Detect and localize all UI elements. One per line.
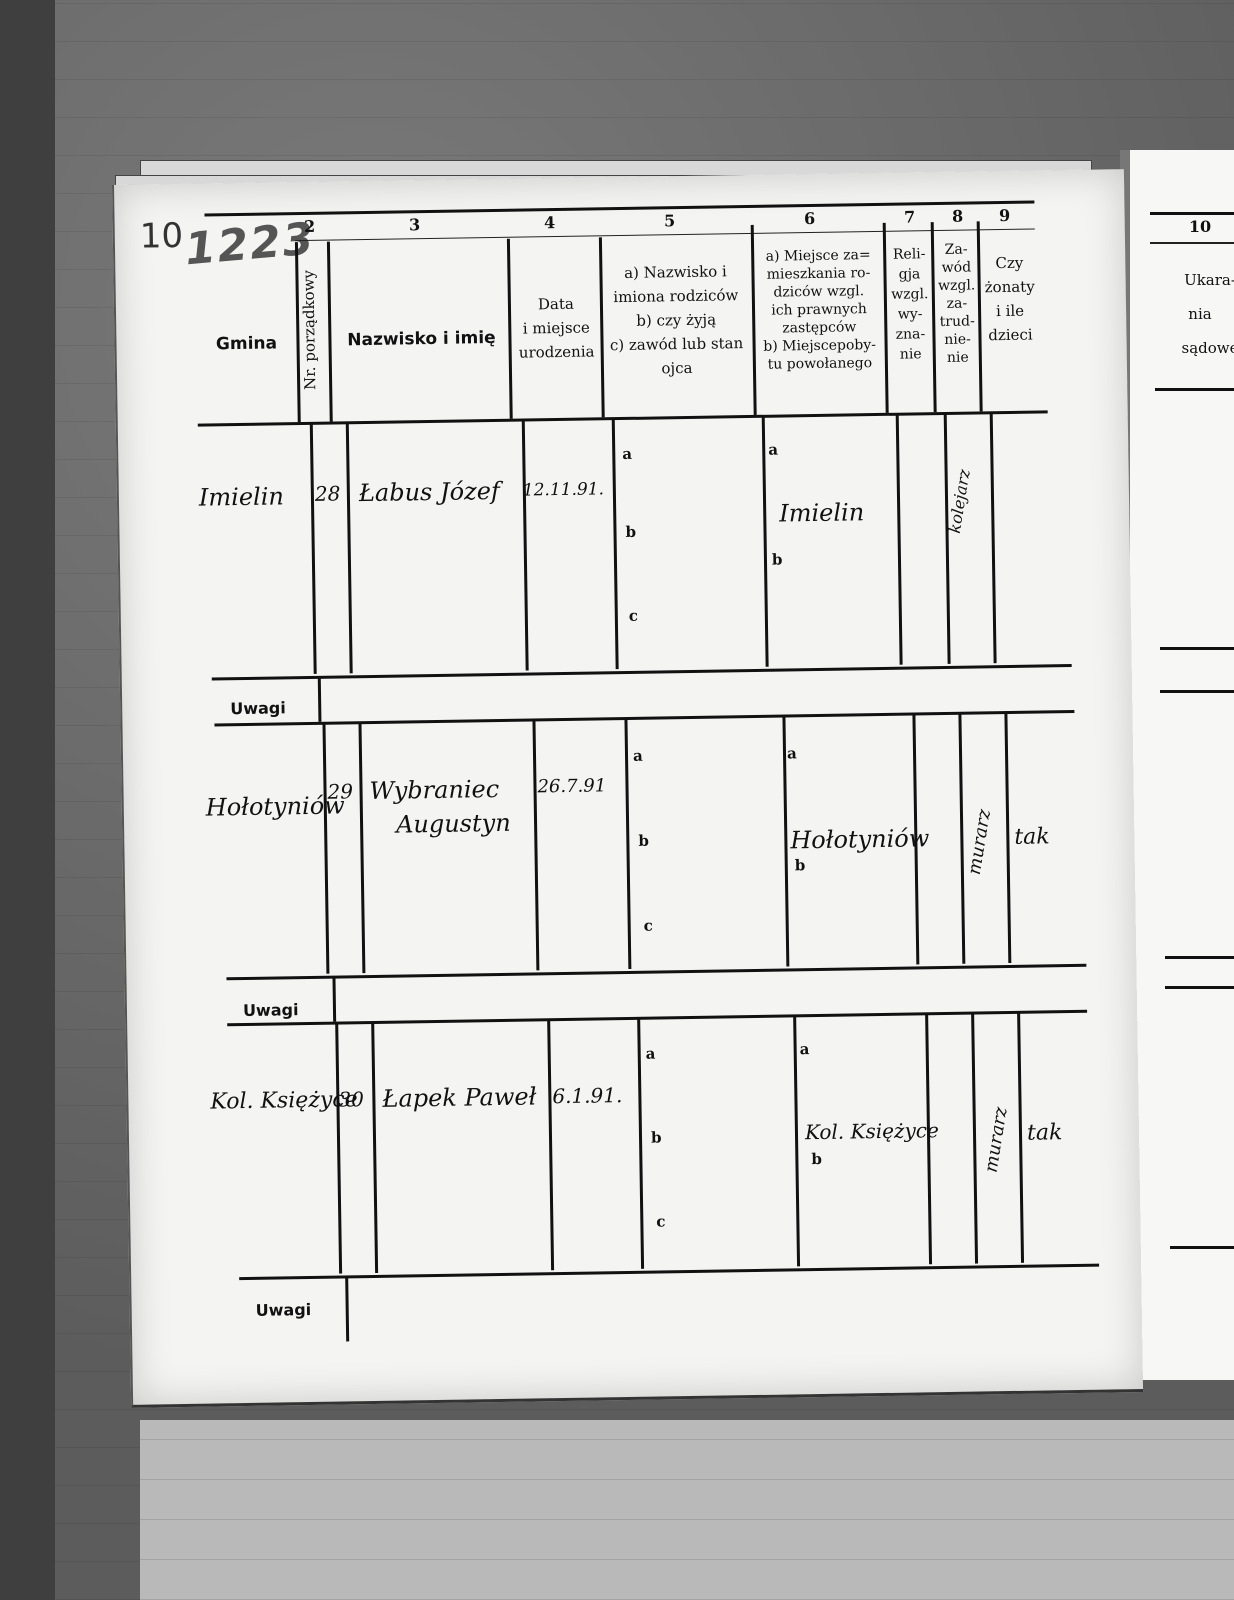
entry-birth-date: 26.7.91 [537, 775, 606, 797]
col-divider [896, 415, 903, 665]
col-divider [327, 242, 333, 422]
entry-gmina: Hołotyniów [206, 791, 345, 821]
sub-label-b: b [772, 551, 783, 569]
entry-birth-date: 6.1.91. [552, 1083, 622, 1108]
entry-residence: Imielin [779, 498, 864, 527]
entry-rule [239, 1264, 1099, 1281]
header-col7-line6: nie [887, 346, 935, 363]
header-col5-line1: a) Nazwisko i [600, 263, 750, 283]
column-number-10: 10 [1170, 218, 1230, 236]
sub-label-b: b [638, 832, 649, 850]
rule [1150, 242, 1234, 244]
col-divider [335, 1024, 342, 1274]
header-col5-line2: imiona rodziców [601, 287, 751, 307]
header-col7-line1: Reli- [885, 246, 933, 263]
entry-nr: 28 [315, 481, 341, 505]
header-col8-line5: trud- [934, 313, 980, 330]
header-col6-line7: tu powołanego [755, 355, 885, 373]
rule [1165, 956, 1234, 959]
sub-label-b: b [651, 1128, 662, 1146]
col-divider [637, 1019, 644, 1269]
col-divider [624, 719, 631, 969]
col-divider [345, 1277, 349, 1341]
pencil-page-number: 10 [139, 216, 183, 257]
entry-residence: Kol. Księżyce [805, 1118, 939, 1144]
entry-gmina: Kol. Księżyce [210, 1087, 358, 1114]
col-divider [990, 413, 997, 663]
col-divider [332, 978, 336, 1022]
col-divider [318, 678, 322, 722]
remarks-label: Uwagi [243, 1000, 299, 1020]
col-divider [522, 421, 529, 671]
col10-line2: nia [1160, 306, 1234, 323]
col-divider [1004, 713, 1011, 963]
column-number-3: 3 [400, 216, 430, 235]
register-page: 10 1223 2 3 4 5 6 7 8 9 Gmina Nr. porząd… [112, 169, 1143, 1408]
rule [1155, 388, 1234, 391]
sub-label-a: a [768, 441, 778, 459]
header-rule [198, 410, 1048, 426]
header-col8-line7: nie [935, 349, 981, 366]
header-col4-line2: i miejsce [511, 319, 601, 338]
header-col7-line4: wy- [886, 306, 934, 323]
sub-label-c: c [644, 917, 653, 935]
col10-line3: sądowe [1160, 340, 1234, 357]
header-col7-line2: gja [885, 266, 933, 283]
sub-label-b: b [811, 1150, 822, 1168]
header-gmina: Gmina [186, 334, 306, 355]
column-number-9: 9 [989, 207, 1019, 226]
entry-name: Łapek Paweł [382, 1082, 536, 1112]
header-col6-line1: a) Miejsce za= [753, 247, 883, 265]
header-col6-line5: zastępców [754, 319, 884, 337]
rule [1160, 647, 1234, 650]
header-col4-line1: Data [511, 295, 601, 314]
rule [1170, 1246, 1234, 1249]
entry-nr: 29 [327, 779, 353, 803]
header-col8-line6: nie- [934, 331, 980, 348]
col10-line1: Ukara- [1160, 272, 1234, 289]
sub-label-a: a [633, 747, 643, 765]
col-divider [310, 424, 317, 674]
col-divider [532, 720, 539, 970]
column-number-2: 2 [300, 218, 320, 237]
sub-label-a: a [787, 744, 797, 762]
header-col9-line4: dzieci [980, 326, 1040, 344]
entry-name: Łabus Józef [359, 477, 500, 507]
col-divider [547, 1020, 554, 1270]
col-divider [371, 1023, 378, 1273]
scan-edge-shadow [0, 0, 55, 1600]
col-divider [971, 1014, 978, 1264]
sub-label-c: c [629, 607, 638, 625]
header-col4-line3: urodzenia [512, 343, 602, 362]
col-divider [958, 714, 965, 964]
header-col6-line6: b) Miejscepoby- [754, 337, 884, 355]
header-col6-line4: ich prawnych [754, 301, 884, 319]
remarks-rule [214, 710, 1074, 727]
entry-married: tak [1014, 824, 1050, 850]
sub-label-a: a [800, 1040, 810, 1058]
rule [1165, 986, 1234, 989]
col-divider [358, 723, 365, 973]
entry-occupation: kolejarz [945, 468, 974, 535]
entry-occupation: murarz [964, 808, 995, 877]
header-col6-line2: mieszkania ro- [753, 265, 883, 283]
entry-gmina: Imielin [199, 482, 284, 511]
header-col9-line1: Czy [979, 254, 1039, 272]
remarks-label: Uwagi [230, 698, 286, 718]
header-nr-porzadkowy: Nr. porządkowy [300, 250, 327, 410]
rule [1160, 690, 1234, 693]
header-nazwisko-imie: Nazwisko i imię [336, 329, 506, 351]
entry-rule [226, 964, 1086, 981]
header-col7-line5: zna- [886, 326, 934, 343]
col-divider [944, 414, 951, 664]
scanner-bed [140, 1420, 1234, 1600]
header-col5-line3: b) czy żyją [601, 311, 751, 331]
header-col9-line2: żonaty [980, 278, 1040, 296]
entry-occupation: murarz [981, 1105, 1012, 1174]
header-col5-line5: ojca [602, 359, 752, 379]
entry-rule [212, 664, 1072, 681]
column-number-6: 6 [794, 210, 824, 229]
entry-name-line2: Augustyn [396, 809, 511, 839]
col-divider [612, 419, 619, 669]
column-number-8: 8 [942, 207, 972, 226]
column-number-7: 7 [894, 208, 924, 227]
header-col7-line3: wzgl. [886, 286, 934, 303]
entry-married: tak [1027, 1120, 1063, 1146]
column-number-4: 4 [535, 214, 565, 233]
col-divider [346, 423, 353, 673]
header-col8-line3: wzgl. [934, 277, 980, 294]
col-divider [1017, 1013, 1024, 1263]
entry-nr: 30 [338, 1087, 364, 1111]
entry-residence: Hołotyniów [790, 824, 929, 854]
sub-label-a: a [622, 445, 632, 463]
header-col8-line1: Za- [933, 241, 979, 258]
entry-name: Wybraniec [369, 775, 499, 805]
entry-birth-date: 12.11.91. [523, 479, 604, 500]
sub-label-b: b [795, 856, 806, 874]
col-divider [322, 724, 329, 974]
header-col8-line4: za- [934, 295, 980, 312]
remarks-label: Uwagi [256, 1300, 312, 1320]
rule [1150, 212, 1234, 215]
header-col8-line2: wód [933, 259, 979, 276]
column-number-5: 5 [654, 212, 684, 231]
sub-label-b: b [625, 523, 636, 541]
remarks-rule [227, 1010, 1087, 1027]
header-col6-line3: dziców wzgl. [754, 283, 884, 301]
sub-label-a: a [646, 1045, 656, 1063]
header-col5-line4: c) zawód lub stan [601, 335, 751, 355]
sub-label-c: c [656, 1212, 665, 1230]
header-col9-line3: i ile [980, 302, 1040, 320]
